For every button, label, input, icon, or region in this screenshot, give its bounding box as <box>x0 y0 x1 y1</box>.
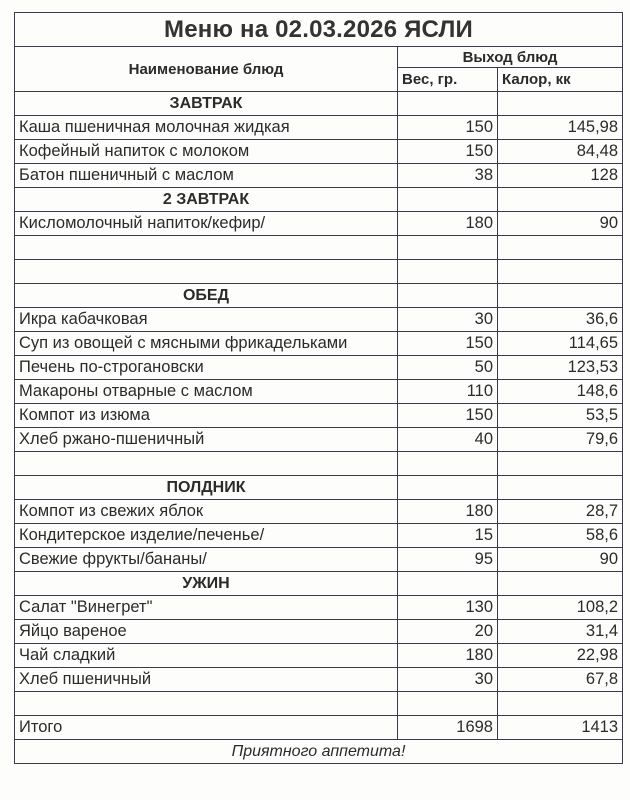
dish-calories: 108,2 <box>498 596 623 620</box>
section-title: 2 ЗАВТРАК <box>15 188 398 212</box>
dish-calories: 90 <box>498 548 623 572</box>
blank-row <box>15 236 623 260</box>
dish-name: Чай сладкий <box>15 644 398 668</box>
table-row: Макароны отварные с маслом110148,6 <box>15 380 623 404</box>
dish-weight: 50 <box>398 356 498 380</box>
table-row: Икра кабачковая3036,6 <box>15 308 623 332</box>
footer-message: Приятного аппетита! <box>15 740 623 764</box>
dish-calories: 145,98 <box>498 116 623 140</box>
dish-weight: 20 <box>398 620 498 644</box>
dish-calories: 1413 <box>498 716 623 740</box>
column-header-name: Наименование блюд <box>15 47 398 92</box>
dish-calories <box>498 476 623 500</box>
table-row: Хлеб пшеничный3067,8 <box>15 668 623 692</box>
dish-calories: 36,6 <box>498 308 623 332</box>
dish-calories: 128 <box>498 164 623 188</box>
dish-weight <box>398 260 498 284</box>
dish-calories <box>498 188 623 212</box>
dish-calories: 28,7 <box>498 500 623 524</box>
table-row: Чай сладкий18022,98 <box>15 644 623 668</box>
dish-name <box>15 692 398 716</box>
table-row: Суп из овощей с мясными фрикадельками150… <box>15 332 623 356</box>
menu-sheet: Меню на 02.03.2026 ЯСЛИ Наименование блю… <box>14 12 622 764</box>
table-row: Каша пшеничная молочная жидкая150145,98 <box>15 116 623 140</box>
dish-name <box>15 260 398 284</box>
dish-weight: 15 <box>398 524 498 548</box>
section-title: ОБЕД <box>15 284 398 308</box>
dish-weight <box>398 92 498 116</box>
dish-name: Икра кабачковая <box>15 308 398 332</box>
dish-weight <box>398 476 498 500</box>
dish-weight: 150 <box>398 140 498 164</box>
column-header-weight: Вес, гр. <box>398 68 498 92</box>
dish-calories: 53,5 <box>498 404 623 428</box>
table-row: Хлеб ржано-пшеничный4079,6 <box>15 428 623 452</box>
dish-name: Кисломолочный напиток/кефир/ <box>15 212 398 236</box>
dish-calories <box>498 260 623 284</box>
dish-name: Компот из свежих яблок <box>15 500 398 524</box>
table-row: Яйцо вареное2031,4 <box>15 620 623 644</box>
dish-weight: 38 <box>398 164 498 188</box>
dish-calories: 31,4 <box>498 620 623 644</box>
menu-table: Меню на 02.03.2026 ЯСЛИ Наименование блю… <box>14 12 623 764</box>
dish-name: Итого <box>15 716 398 740</box>
section-row: УЖИН <box>15 572 623 596</box>
table-row: Кофейный напиток с молоком15084,48 <box>15 140 623 164</box>
column-header-calories: Калор, кк <box>498 68 623 92</box>
dish-weight: 1698 <box>398 716 498 740</box>
dish-name: Компот из изюма <box>15 404 398 428</box>
dish-calories: 84,48 <box>498 140 623 164</box>
table-row: Компот из свежих яблок18028,7 <box>15 500 623 524</box>
section-title: ПОЛДНИК <box>15 476 398 500</box>
dish-calories: 67,8 <box>498 668 623 692</box>
dish-calories: 114,65 <box>498 332 623 356</box>
footer-row: Приятного аппетита! <box>15 740 623 764</box>
dish-name: Свежие фрукты/бананы/ <box>15 548 398 572</box>
dish-weight: 30 <box>398 668 498 692</box>
section-row: ЗАВТРАК <box>15 92 623 116</box>
dish-name: Кофейный напиток с молоком <box>15 140 398 164</box>
dish-name: Хлеб ржано-пшеничный <box>15 428 398 452</box>
dish-calories: 148,6 <box>498 380 623 404</box>
dish-name: Макароны отварные с маслом <box>15 380 398 404</box>
dish-weight: 150 <box>398 116 498 140</box>
dish-name: Кондитерское изделие/печенье/ <box>15 524 398 548</box>
section-row: ОБЕД <box>15 284 623 308</box>
dish-weight: 150 <box>398 332 498 356</box>
dish-calories <box>498 284 623 308</box>
dish-name <box>15 236 398 260</box>
table-row: Батон пшеничный с маслом38128 <box>15 164 623 188</box>
dish-name: Каша пшеничная молочная жидкая <box>15 116 398 140</box>
dish-name: Салат "Винегрет" <box>15 596 398 620</box>
blank-row <box>15 452 623 476</box>
dish-calories <box>498 692 623 716</box>
dish-weight: 130 <box>398 596 498 620</box>
dish-weight: 95 <box>398 548 498 572</box>
dish-calories: 58,6 <box>498 524 623 548</box>
dish-name: Суп из овощей с мясными фрикадельками <box>15 332 398 356</box>
page-title: Меню на 02.03.2026 ЯСЛИ <box>15 13 623 47</box>
table-row: Салат "Винегрет"130108,2 <box>15 596 623 620</box>
dish-calories <box>498 236 623 260</box>
dish-calories: 22,98 <box>498 644 623 668</box>
dish-calories <box>498 572 623 596</box>
dish-weight <box>398 188 498 212</box>
section-title: УЖИН <box>15 572 398 596</box>
dish-name: Хлеб пшеничный <box>15 668 398 692</box>
dish-weight: 110 <box>398 380 498 404</box>
dish-weight: 180 <box>398 212 498 236</box>
dish-calories: 123,53 <box>498 356 623 380</box>
total-row: Итого16981413 <box>15 716 623 740</box>
dish-weight: 180 <box>398 500 498 524</box>
dish-weight <box>398 452 498 476</box>
dish-weight: 40 <box>398 428 498 452</box>
dish-name: Яйцо вареное <box>15 620 398 644</box>
blank-row <box>15 260 623 284</box>
dish-weight <box>398 692 498 716</box>
section-row: ПОЛДНИК <box>15 476 623 500</box>
table-row: Кондитерское изделие/печенье/1558,6 <box>15 524 623 548</box>
section-title: ЗАВТРАК <box>15 92 398 116</box>
dish-weight <box>398 284 498 308</box>
dish-name: Печень по-строгановски <box>15 356 398 380</box>
dish-weight <box>398 572 498 596</box>
dish-calories <box>498 92 623 116</box>
dish-weight: 30 <box>398 308 498 332</box>
table-row: Печень по-строгановски50123,53 <box>15 356 623 380</box>
dish-name: Батон пшеничный с маслом <box>15 164 398 188</box>
title-row: Меню на 02.03.2026 ЯСЛИ <box>15 13 623 47</box>
dish-calories: 90 <box>498 212 623 236</box>
blank-row <box>15 692 623 716</box>
table-row: Компот из изюма15053,5 <box>15 404 623 428</box>
dish-calories <box>498 452 623 476</box>
dish-calories: 79,6 <box>498 428 623 452</box>
section-row: 2 ЗАВТРАК <box>15 188 623 212</box>
dish-name <box>15 452 398 476</box>
dish-weight <box>398 236 498 260</box>
column-group-yield: Выход блюд <box>398 47 623 68</box>
header-row: Наименование блюд Выход блюд <box>15 47 623 68</box>
table-row: Кисломолочный напиток/кефир/18090 <box>15 212 623 236</box>
dish-weight: 180 <box>398 644 498 668</box>
table-row: Свежие фрукты/бананы/9590 <box>15 548 623 572</box>
dish-weight: 150 <box>398 404 498 428</box>
